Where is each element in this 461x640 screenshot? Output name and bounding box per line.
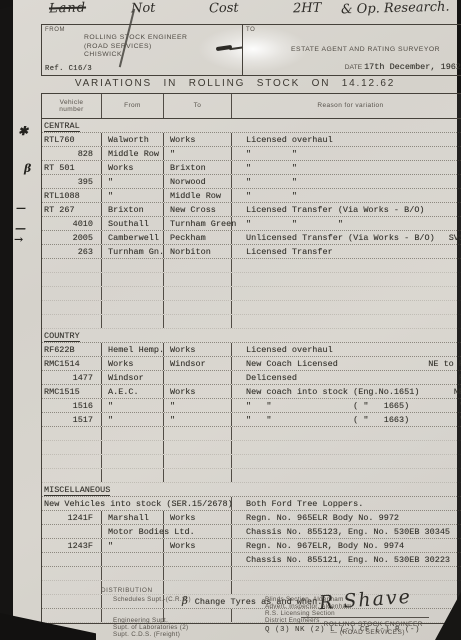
from-cell: Turnham Gn. [102, 245, 164, 258]
distribution-item: Schedules Supt.-(C.R.S.) [113, 596, 191, 603]
margin-note: NE to R [428, 359, 461, 369]
reason-cell: Licensed overhaul [232, 343, 461, 356]
table-row: RTL760WalworthWorksLicensed overhaul [42, 133, 461, 147]
table-empty-row [42, 273, 461, 287]
from-address-line: ROLLING STOCK ENGINEER [84, 34, 187, 43]
from-address-line: (ROAD SERVICES) [84, 43, 187, 52]
table-row: Chassis No. 855121, Eng. No. 530EB 30223 [42, 553, 461, 567]
vehicle-number-cell: 828 [42, 147, 102, 160]
margin-mark: ✱ [18, 124, 28, 138]
memo-header-box: FROM ROLLING STOCK ENGINEER(ROAD SERVICE… [41, 24, 461, 76]
vehicle-number-cell: 4010 [42, 217, 102, 230]
table-row: 2005CamberwellPeckhamUnlicensed Transfer… [42, 231, 461, 245]
to-cell: Windsor [164, 357, 232, 370]
table-row: 1477WindsorDelicensedR [42, 371, 461, 385]
table-row: RTL1088"Middle Row" " [42, 189, 461, 203]
to-cell: " [164, 399, 232, 412]
from-cell: Brixton [102, 203, 164, 216]
reason-cell: Unlicensed Transfer (Via Works - B/O)SVS [232, 231, 461, 244]
section-label: COUNTRY [44, 331, 80, 343]
memo-from-section: FROM ROLLING STOCK ENGINEER(ROAD SERVICE… [42, 25, 243, 75]
handwritten-annotation: LandNotCost2HT& Op. Research. [41, 1, 461, 23]
reason-cell: Chassis No. 855121, Eng. No. 530EB 30223 [232, 553, 461, 566]
vehicle-number-cell: 1243F [42, 539, 102, 552]
table-row: 1241FMarshallWorksRegn. No. 965ELR Body … [42, 511, 461, 525]
handwriting-fragment: 2HT [293, 1, 322, 17]
table-row: 263Turnham Gn.NorbitonLicensed Transfer [42, 245, 461, 259]
table-row: New Vehicles into stock (SER.15/2678)Bot… [42, 497, 461, 511]
margin-mark: — [16, 203, 26, 214]
distribution-item [113, 603, 191, 610]
margin-note: SVS [449, 233, 461, 243]
from-cell: Middle Row [102, 147, 164, 160]
reason-cell: " " [232, 175, 461, 188]
table-empty-row [42, 427, 461, 441]
document-title: VARIATIONS IN ROLLING STOCK ON 14.12.62 [13, 78, 457, 89]
table-empty-row [42, 441, 461, 455]
margin-mark: β [24, 162, 31, 175]
section-label: CENTRAL [44, 121, 80, 133]
handwriting-fragment: Cost [209, 1, 239, 17]
to-cell: New Cross [164, 203, 232, 216]
distribution-item: Supt. of Laboratories (2) [113, 624, 191, 631]
from-cell: Camberwell [102, 231, 164, 244]
reason-cell: " " [232, 147, 461, 160]
memo-to-section: TO ESTATE AGENT AND RATING SURVEYOR DATE… [243, 25, 461, 75]
table-row: 395"Norwood" " [42, 175, 461, 189]
table-section-row: CENTRAL [42, 119, 461, 133]
vehicle-number-cell: 263 [42, 245, 102, 258]
to-cell: Peckham [164, 231, 232, 244]
table-row: 1517""" " ( " 1663)" [42, 413, 461, 427]
to-cell: Brixton [164, 161, 232, 174]
to-cell [164, 371, 232, 384]
table-empty-row [42, 567, 461, 581]
reason-cell: Both Ford Tree Loppers. [232, 497, 461, 510]
distribution-heading: DISTRIBUTION [101, 587, 153, 594]
distribution-item [113, 610, 191, 617]
table-row: RF622BHemel Hemp.WorksLicensed overhaul [42, 343, 461, 357]
vehicle-number-cell [42, 553, 102, 566]
reason-cell: " " [232, 161, 461, 174]
reason-cell: Regn. No. 965ELR Body No. 9972 [232, 511, 461, 524]
distribution-item: Engineering Supt. [113, 617, 191, 624]
table-row: RT 501WorksBrixton" " [42, 161, 461, 175]
from-cell: " [102, 539, 164, 552]
table-empty-row [42, 469, 461, 483]
table-header-row: Vehicle number From To Reason for variat… [42, 94, 461, 119]
from-cell: Windsor [102, 371, 164, 384]
handwriting-fragment: & Op. Research. [341, 0, 450, 17]
reason-cell: " " ( " 1665)" [232, 399, 461, 412]
table-empty-row [42, 301, 461, 315]
vehicle-number-cell: 1517 [42, 413, 102, 426]
from-address: ROLLING STOCK ENGINEER(ROAD SERVICES)CHI… [84, 34, 187, 60]
reason-cell: Licensed overhaul [232, 133, 461, 146]
table-section-row: COUNTRY [42, 329, 461, 343]
signatory-title-line1: ROLLING STOCK ENGINEER [324, 621, 423, 628]
section-label: MISCELLANEOUS [44, 485, 110, 497]
reason-cell: DelicensedR [232, 371, 461, 384]
to-cell: Works [164, 539, 232, 552]
margin-note: NE [454, 387, 461, 397]
reason-cell: " " [232, 189, 461, 202]
to-cell: Middle Row [164, 189, 232, 202]
table-row: 4010SouthallTurnham Green" " " [42, 217, 461, 231]
vehicle-number-cell: RF622B [42, 343, 102, 356]
table-empty-row [42, 287, 461, 301]
from-cell: " [102, 189, 164, 202]
table-row: RT 267BrixtonNew CrossLicensed Transfer … [42, 203, 461, 217]
from-cell: Hemel Hemp. [102, 343, 164, 356]
from-cell [102, 553, 164, 566]
from-address-line: CHISWICK [84, 51, 187, 60]
signature-line [301, 617, 429, 618]
table-empty-row [42, 259, 461, 273]
col-header-vehicle: Vehicle number [42, 94, 102, 118]
table-empty-row [42, 315, 461, 329]
reason-cell: New Coach LicensedNE to R [232, 357, 461, 370]
to-cell: Works [164, 511, 232, 524]
vehicle-number-cell: RMC1514 [42, 357, 102, 370]
from-cell: Motor Bodies Ltd. [102, 525, 164, 538]
table-row: 1516""" " ( " 1665)" [42, 399, 461, 413]
to-cell: " [164, 147, 232, 160]
from-cell: Southall [102, 217, 164, 230]
to-cell: Works [164, 385, 232, 398]
table-empty-row [42, 455, 461, 469]
table-row: RMC1514WorksWindsorNew Coach LicensedNE … [42, 357, 461, 371]
table-body: CENTRALRTL760WalworthWorksLicensed overh… [42, 119, 461, 623]
handwriting-fragment: Land [49, 1, 86, 17]
from-cell: " [102, 413, 164, 426]
from-cell: A.E.C. [102, 385, 164, 398]
vehicle-number-cell [42, 525, 102, 538]
date-label: DATE [345, 64, 365, 71]
reference-number: Ref. C16/3 [45, 65, 92, 73]
vehicle-number-cell: 2005 [42, 231, 102, 244]
date-value: 17th December, 1962 [364, 62, 461, 72]
distribution-left-list: Schedules Supt.-(C.R.S.) Engineering Sup… [113, 596, 191, 638]
to-cell: Works [164, 133, 232, 146]
to-cell [164, 553, 232, 566]
vehicle-number-cell: RT 501 [42, 161, 102, 174]
to-cell [164, 525, 232, 538]
variations-table: Vehicle number From To Reason for variat… [41, 93, 461, 624]
to-cell: Norbiton [164, 245, 232, 258]
reason-cell: New coach into stock (Eng.No.1651)NE [232, 385, 461, 398]
table-row: Motor Bodies Ltd.Chassis No. 855123, Eng… [42, 525, 461, 539]
from-cell: Works [102, 357, 164, 370]
to-cell: Norwood [164, 175, 232, 188]
reason-cell: Regn. No. 967ELR, Body No. 9974 [232, 539, 461, 552]
reason-cell: Chassis No. 855123, Eng. No. 530EB 30345 [232, 525, 461, 538]
from-cell: Walworth [102, 133, 164, 146]
reason-cell: " " ( " 1663)" [232, 413, 461, 426]
vehicle-number-cell: 395 [42, 175, 102, 188]
from-cell: Works [102, 161, 164, 174]
from-cell: " [102, 399, 164, 412]
from-cell: " [102, 175, 164, 188]
to-cell: Works [164, 343, 232, 356]
vehicle-number-cell: 1516 [42, 399, 102, 412]
reason-cell: Licensed Transfer (Via Works - B/O) [232, 203, 461, 216]
to-cell: " [164, 413, 232, 426]
vehicle-number-cell: RMC1515 [42, 385, 102, 398]
vehicle-number-cell: RTL760 [42, 133, 102, 146]
table-row: RMC1515A.E.C.WorksNew coach into stock (… [42, 385, 461, 399]
reason-cell: " " " [232, 217, 461, 230]
signatory-title-line2: — (ROAD SERVICES) [331, 629, 405, 636]
vehicle-number-cell: RT 267 [42, 203, 102, 216]
from-label: FROM [45, 27, 65, 33]
margin-mark: → [14, 233, 23, 246]
table-row: 1243F"WorksRegn. No. 967ELR, Body No. 99… [42, 539, 461, 553]
vehicle-number-cell: 1241F [42, 511, 102, 524]
reason-cell: Licensed Transfer [232, 245, 461, 258]
table-row: 828Middle Row"" " [42, 147, 461, 161]
to-cell: Turnham Green [164, 217, 232, 230]
paper-sheet: LandNotCost2HT& Op. Research. FROM ROLLI… [13, 0, 457, 640]
to-label: TO [246, 27, 255, 33]
col-header-from: From [102, 94, 164, 118]
col-header-reason: Reason for variation [232, 94, 461, 118]
from-cell: Marshall [102, 511, 164, 524]
col-header-to: To [164, 94, 232, 118]
vehicle-number-cell: RTL1088 [42, 189, 102, 202]
distribution-item: Supt. C.D.S. (Freight) [113, 631, 191, 638]
to-address: ESTATE AGENT AND RATING SURVEYOR [291, 46, 440, 53]
date-line: DATE 17th December, 1962 [345, 62, 461, 72]
vehicle-number-cell: 1477 [42, 371, 102, 384]
table-section-row: MISCELLANEOUS [42, 483, 461, 497]
